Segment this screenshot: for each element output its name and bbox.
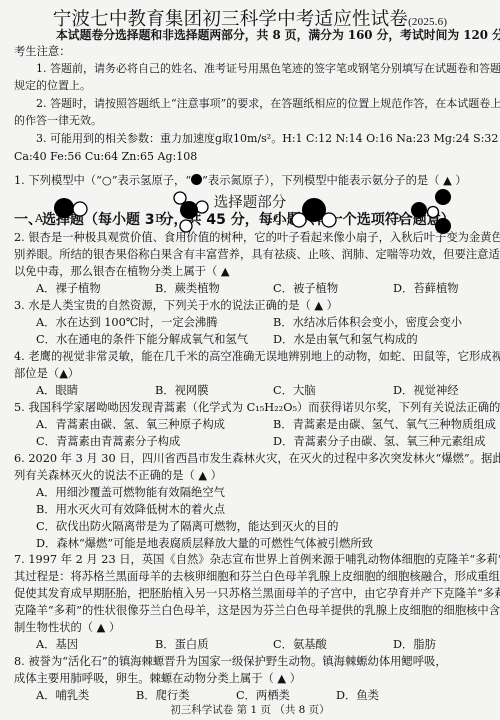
q3-option-b: B．水结冰后体积会变小，密度会变小 <box>273 316 462 330</box>
q6-option-c: C．砍伐出防火隔离带是为了隔离可燃物，能达到灭火的目的 <box>36 520 338 534</box>
exam-title-text: 宁波七中教育集团初三科学中考适应性试卷 <box>53 9 408 30</box>
q4-option-c: C．大脑 <box>273 384 316 398</box>
note-2: 2. 答题时，请按照答题纸上“注意事项”的要求，在答题纸相应的位置上规范作答，在… <box>36 97 500 111</box>
question-4-line-2: 部位是（▲） <box>14 367 79 381</box>
question-7-line-1: 7. 1997 年 2 月 23 日，英国《自然》杂志宣布世界上首例来源于哺乳动… <box>14 553 500 567</box>
q2-option-b: B．蕨类植物 <box>155 282 220 296</box>
black-atom-icon <box>191 174 202 185</box>
q8-option-a: A．哺乳类 <box>36 689 89 703</box>
q5-option-a: A．青蒿素由碳、氢、氧三种原子构成 <box>36 418 225 432</box>
q3-option-a: A．水在达到 100℃时，一定会沸腾 <box>36 316 218 330</box>
q1-option-c: C. <box>273 212 285 226</box>
q1-option-b: B. <box>155 212 167 226</box>
note-3-cont: Ca:40 Fe:56 Cu:64 Zn:65 Ag:108 <box>14 150 197 164</box>
q7-option-c: C．氨基酸 <box>273 638 327 652</box>
note-2-cont: 的作答一律无效。 <box>14 114 102 128</box>
q2-option-c: C．被子植物 <box>273 282 338 296</box>
q6-option-a: A．用细沙覆盖可燃物能有效隔绝空气 <box>36 486 225 500</box>
question-6-line-2: 列有关森林灭火的说法不正确的是（ ▲ ） <box>14 469 222 483</box>
q3-option-d: D．水是由氧气和氢气构成的 <box>273 333 418 347</box>
q1-stem-part-b: ”表示氮原子），下列模型中能表示氨分子的是（ ▲ ） <box>202 174 467 187</box>
exam-subtitle: 本试题卷分选择题和非选择题两部分，共 8 页，满分为 160 分，考试时间为 1… <box>56 28 500 42</box>
q7-option-d: D．脂肪 <box>393 638 436 652</box>
question-7-line-5: 制生物性状的（ ▲ ） <box>14 621 120 635</box>
exam-page: 宁波七中教育集团初三科学中考适应性试卷(2025.6) 本试题卷分选择题和非选择… <box>0 0 500 720</box>
q1-model-c <box>290 196 338 230</box>
q5-option-b: B．青蒿素是由碳、氢气、氧气三种物质组成 <box>273 418 496 432</box>
q8-option-b: B．爬行类 <box>136 689 190 703</box>
q8-option-c: C．两栖类 <box>236 689 290 703</box>
question-7-line-3: 促使其发育成早期胚胎，把胚胎植入另一只苏格兰黑面母羊的子宫中，由它孕育并产下克隆… <box>14 587 500 601</box>
q1-option-a: A. <box>35 212 47 226</box>
question-2-line-3: 以免中毒，那么银杏在植物分类上属于（ ▲ <box>14 265 230 279</box>
exam-date: (2025.6) <box>408 16 447 28</box>
q6-option-b: B．用水灭火可有效降低树木的着火点 <box>36 503 225 517</box>
q5-option-d: D．青蒿素分子由碳、氢、氧三种元素组成 <box>273 435 485 449</box>
q2-option-a: A．裸子植物 <box>36 282 101 296</box>
molecule-a-icon <box>52 196 92 220</box>
q5-option-c: C．青蒿素由青蒿素分子构成 <box>36 435 180 449</box>
question-3-stem: 3. 水是人类宝贵的自然资源，下列关于水的说法正确的是（ ▲ ） <box>14 299 338 313</box>
question-2-line-1: 2. 银杏是一种极具观赏价值、食用价值的树种，它的叶子看起来像小扇子，入秋后叶子… <box>14 231 500 245</box>
q4-option-a: A．眼睛 <box>36 384 78 398</box>
note-3: 3. 可能用到的相关参数：重力加速度g取10m/s²。H:1 C:12 N:14… <box>36 132 498 146</box>
question-8-line-1: 8. 被誉为“活化石”的镇海棘螈晋升为国家一级保护野生动物。镇海棘螈幼体用鳃呼吸… <box>14 655 447 669</box>
question-6-line-1: 6. 2020 年 3 月 30 日，四川省西昌市发生森林火灾，在灭火的过程中多… <box>14 452 500 466</box>
molecule-c-icon <box>290 196 338 230</box>
q1-stem-part-a: 1. 下列模型中（“○”表示氢原子，“ <box>14 174 191 187</box>
q1-model-b <box>170 190 214 236</box>
q7-option-b: B．蛋白质 <box>155 638 209 652</box>
question-7-line-4: 克隆羊“多莉”的性状很像芬兰白色母羊，这是因为芬兰白色母羊提供的乳腺上皮细胞的细… <box>14 604 500 618</box>
q1-option-d: D. <box>393 212 405 226</box>
q4-option-b: B．视网膜 <box>155 384 209 398</box>
notes-heading: 考生注意： <box>14 45 71 59</box>
molecule-b-icon <box>170 190 214 236</box>
question-5-stem: 5. 我国科学家屠呦呦因发现青蒿素（化学式为 C₁₅H₂₂O₅）而获得诺贝尔奖，… <box>14 401 500 415</box>
page-footer: 初三科学试卷 第 1 页 （共 8 页） <box>0 702 500 717</box>
q2-option-d: D．苔藓植物 <box>393 282 459 296</box>
q6-option-d: D．森林“爆燃”可能是地表腐质层释放大量的可燃性气体被引燃所致 <box>36 537 373 551</box>
question-7-line-2: 其过程是：将苏格兰黑面母羊的去核卵细胞和芬兰白色母羊乳腺上皮细胞的细胞核融合，形… <box>14 570 500 584</box>
note-1-cont: 规定的位置上。 <box>14 79 91 93</box>
question-8-line-2: 成体主要用肺呼吸，卵生。棘螈在动物分类上属于（ ▲ ） <box>14 672 301 686</box>
note-1: 1. 答题前，请务必将自己的姓名、准考证号用黑色笔迹的签字笔或钢笔分别填写在试题… <box>36 62 500 76</box>
q4-option-d: D．视觉神经 <box>393 384 459 398</box>
q8-option-d: D．鱼类 <box>336 689 379 703</box>
question-4-line-1: 4. 老鹰的视觉非常灵敏，能在几千米的高空准确无误地辨别地上的动物，如蛇、田鼠等… <box>14 350 500 364</box>
q3-option-c: C．水在通电的条件下能分解成氧气和氢气 <box>36 333 248 347</box>
q7-option-a: A．基因 <box>36 638 78 652</box>
q1-model-a <box>52 196 92 220</box>
question-1-stem: 1. 下列模型中（“○”表示氢原子，“”表示氮原子），下列模型中能表示氨分子的是… <box>14 174 467 188</box>
question-2-line-2: 别养眼。所结的银杏果俗称白果含有丰富营养，具有祛痰、止咳、润肺、定喘等功效，但要… <box>14 248 500 262</box>
